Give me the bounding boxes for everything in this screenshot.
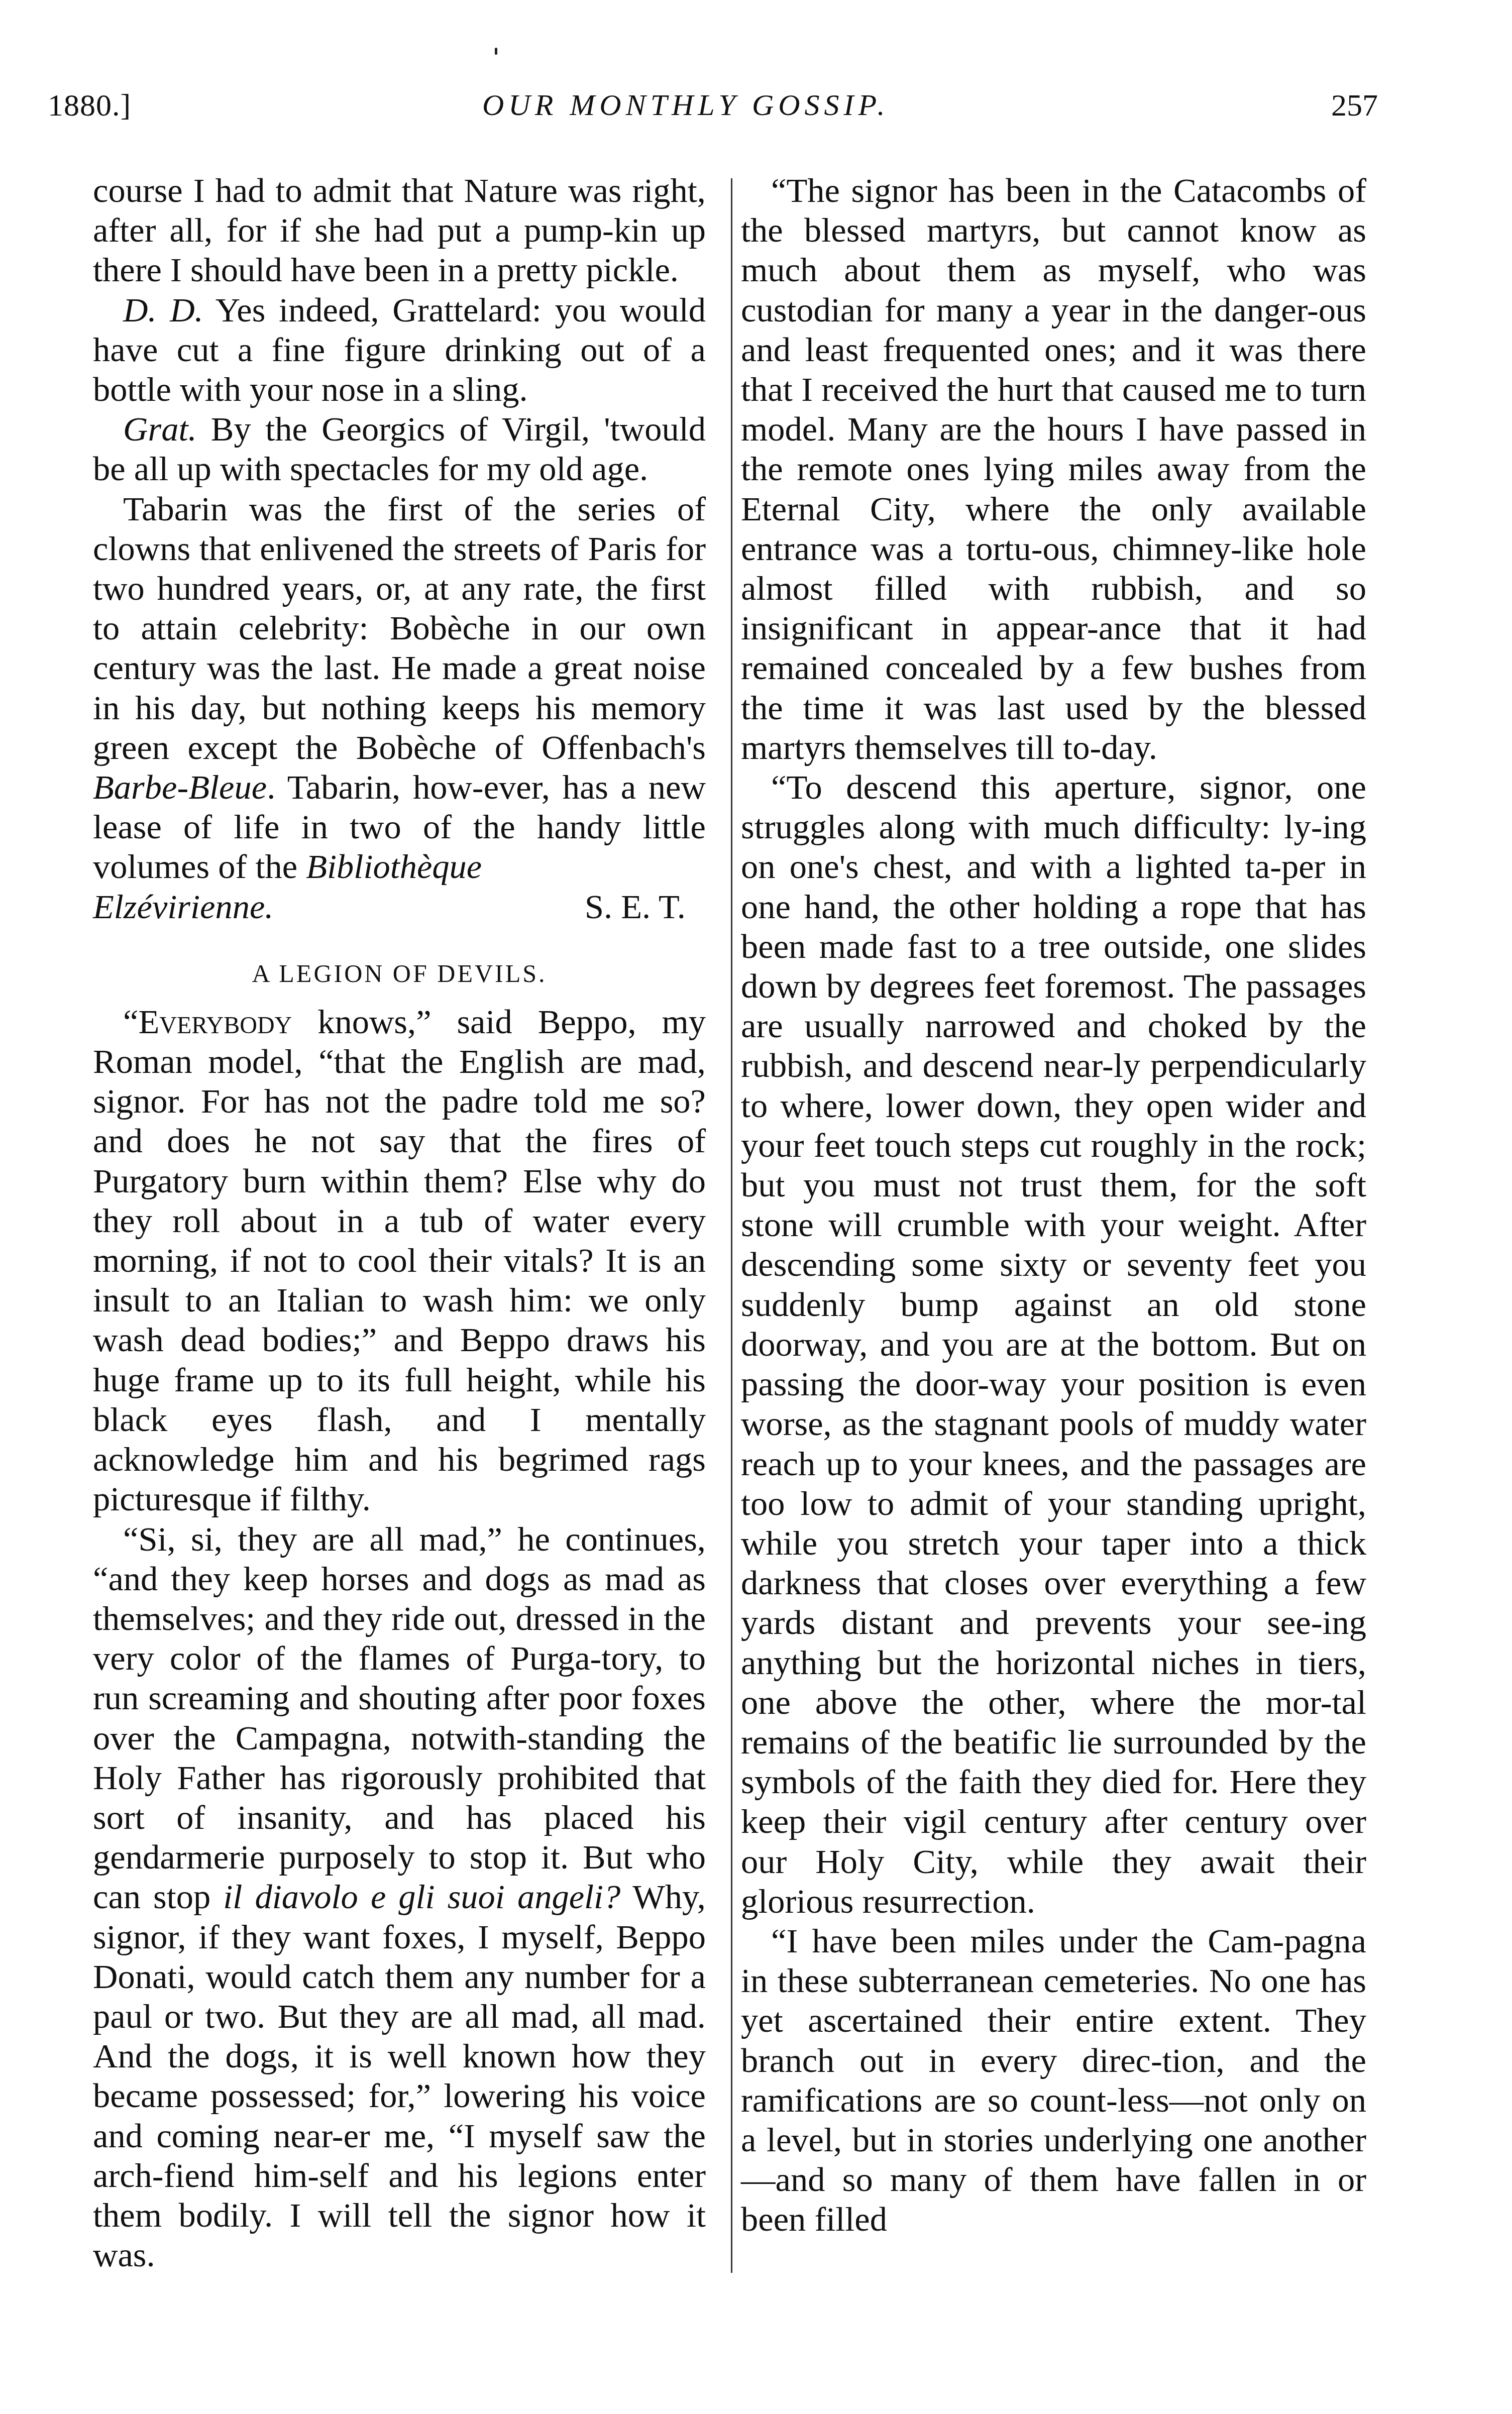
open-quote: “	[123, 1003, 138, 1041]
right-column: “The signor has been in the Catacombs of…	[741, 171, 1366, 2240]
paragraph-everybody: “Everybody knows,” said Beppo, my Roman …	[93, 1002, 706, 1519]
italian-phrase: il diavolo e gli suoi angeli?	[223, 1878, 620, 1916]
paragraph-dd: D. D. Yes indeed, Grattelard: you would …	[93, 290, 706, 410]
speaker-dd: D. D.	[123, 291, 203, 329]
running-header: 1880.] OUR MONTHLY GOSSIP. 257	[0, 88, 1512, 133]
author-signature: S. E. T.	[585, 887, 706, 927]
print-mark	[495, 48, 497, 55]
paragraph-text: knows,” said Beppo, my Roman model, “tha…	[93, 1003, 706, 1518]
signature-line: Elzévirienne. S. E. T.	[93, 887, 706, 927]
speaker-grat: Grat.	[123, 410, 197, 448]
paragraph-campagna: “I have been miles under the Cam-pagna i…	[741, 1921, 1366, 2240]
section-heading: A LEGION OF DEVILS.	[93, 956, 706, 991]
page-number: 257	[1331, 88, 1378, 124]
paragraph-grat: Grat. By the Georgics of Virgil, 'twould…	[93, 409, 706, 489]
paragraph-catacombs: “The signor has been in the Catacombs of…	[741, 171, 1366, 767]
paragraph-continued: course I had to admit that Nature was ri…	[93, 171, 706, 290]
left-column: course I had to admit that Nature was ri…	[93, 171, 706, 2275]
smallcaps-word: Everybody	[138, 1003, 292, 1041]
title-bibliotheque: Bibliothèque	[306, 847, 482, 886]
column-divider	[731, 178, 732, 2273]
paragraph-text: Tabarin was the first of the series of c…	[93, 490, 706, 766]
header-title: OUR MONTHLY GOSSIP.	[482, 88, 889, 123]
title-elzevirienne: Elzévirienne.	[93, 887, 274, 927]
paragraph-tabarin: Tabarin was the first of the series of c…	[93, 489, 706, 887]
paragraph-si-si: “Si, si, they are all mad,” he continues…	[93, 1519, 706, 2275]
paragraph-descend: “To descend this aperture, signor, one s…	[741, 767, 1366, 1921]
paragraph-text: Why, signor, if they want foxes, I mysel…	[93, 1878, 706, 2274]
paragraph-text: “Si, si, they are all mad,” he continues…	[93, 1520, 706, 1916]
title-barbe-bleue: Barbe-Bleue	[93, 768, 267, 806]
header-year: 1880.]	[48, 88, 131, 124]
